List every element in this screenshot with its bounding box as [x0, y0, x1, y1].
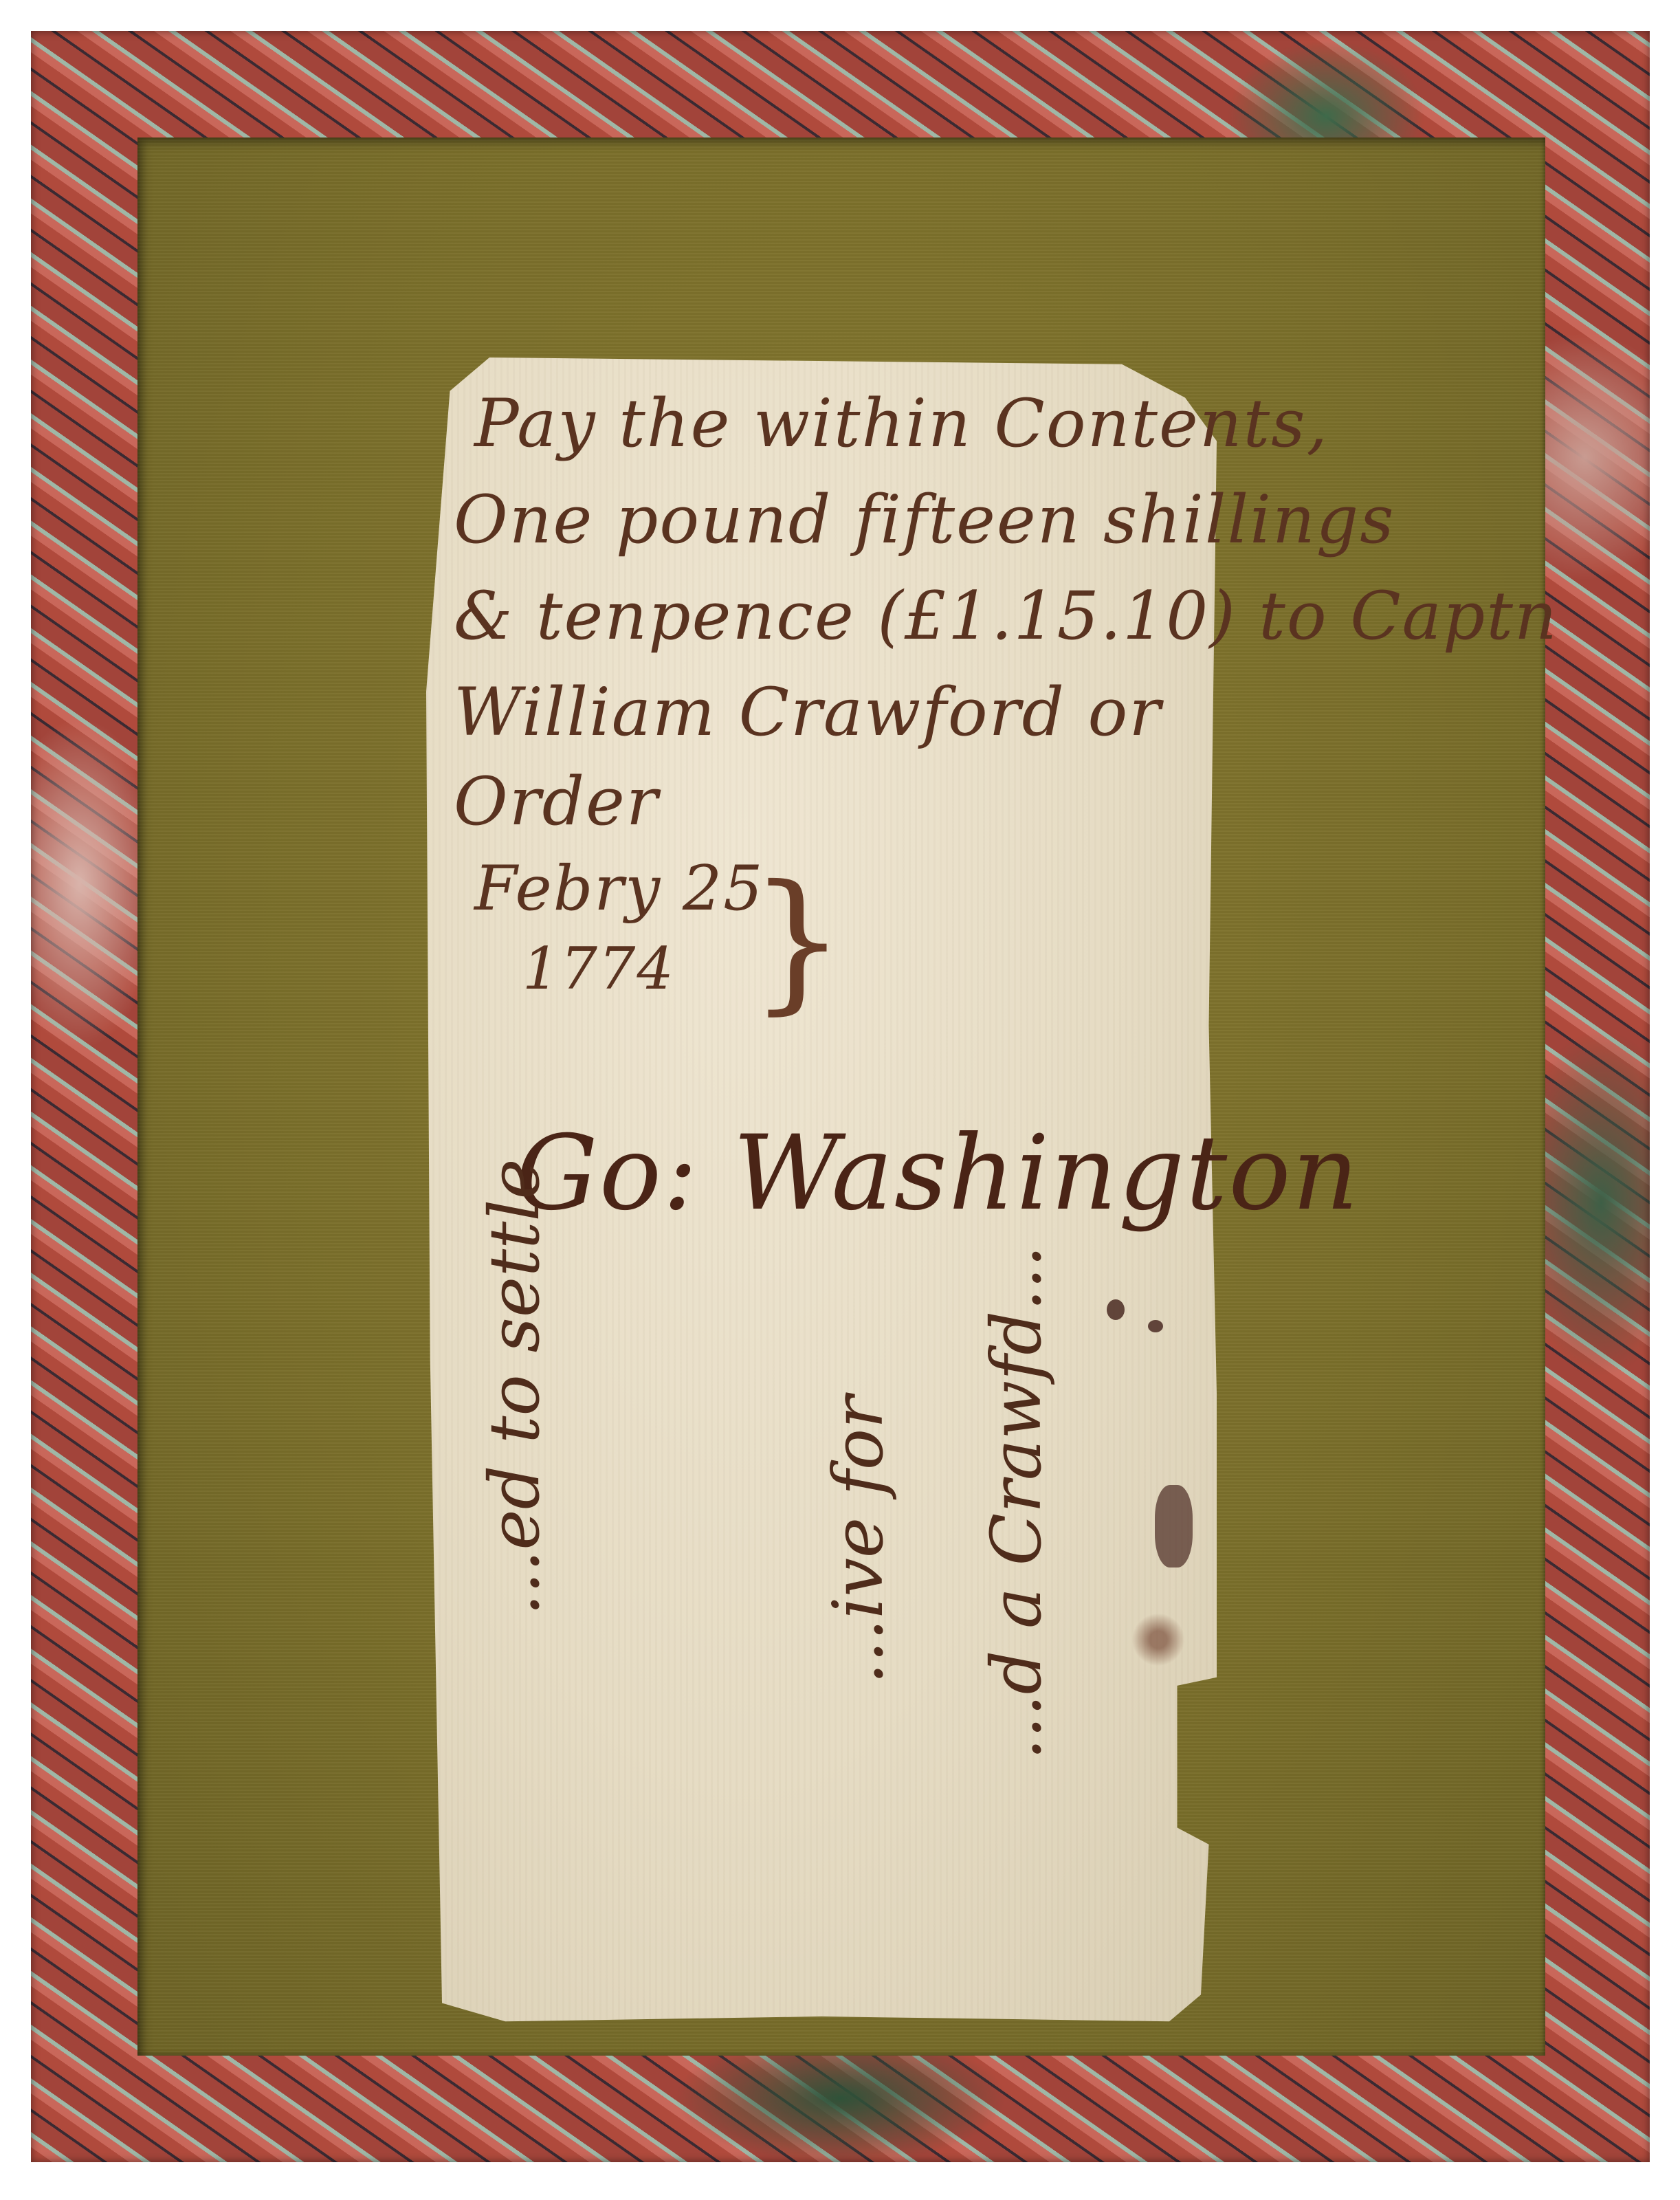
verso-fragment-3: ...d a Crawfd...: [976, 1246, 1057, 1761]
date-year: 1774: [522, 935, 675, 1002]
verso-fragment-2: ...ive for: [818, 1396, 898, 1684]
document-line-3: & tenpence (£1.15.10) to Captn: [454, 577, 1558, 654]
document-line-4: William Crawford or: [454, 674, 1162, 751]
document-line-5: Order: [454, 763, 659, 840]
date-brace: }: [749, 852, 847, 1028]
document-line-2: One pound fifteen shillings: [454, 481, 1395, 558]
ink-stain: [1155, 1485, 1193, 1567]
ink-spatter: [1127, 1609, 1189, 1671]
ink-blot: [1107, 1299, 1125, 1320]
ink-blot: [1148, 1320, 1163, 1332]
date-month-day: Febry 25: [474, 852, 764, 925]
document-line-1: Pay the within Contents,: [474, 385, 1329, 462]
signature: Go: Washington: [516, 1114, 1360, 1233]
verso-fragment-1: ...ed to settle: [474, 1158, 555, 1616]
